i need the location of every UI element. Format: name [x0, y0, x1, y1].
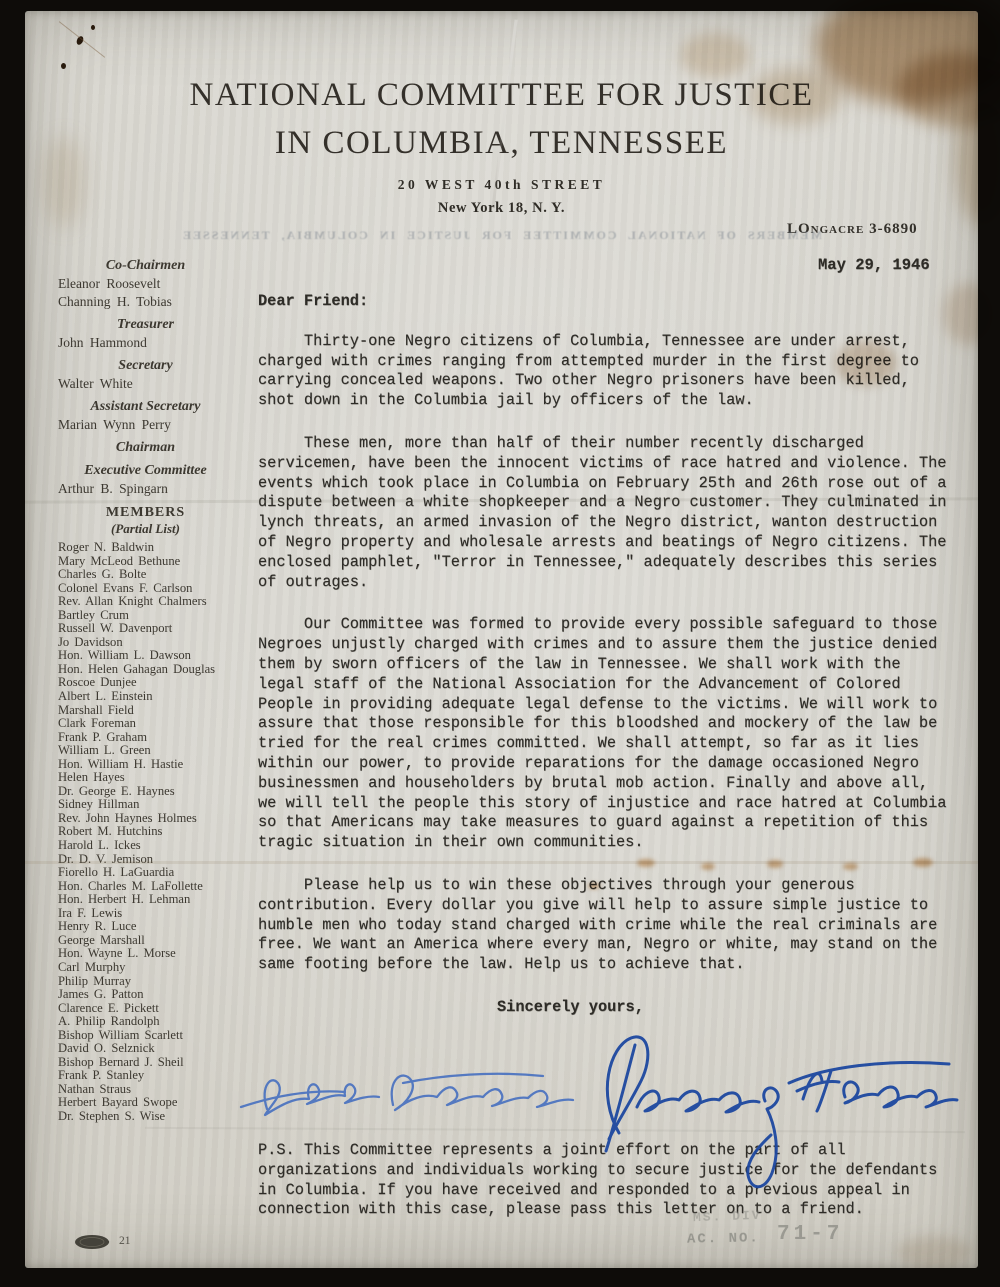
member-name: Sidney Hillman: [58, 798, 256, 812]
member-name: Dr. George E. Haynes: [58, 785, 256, 799]
officer-title: Assistant Secretary: [58, 398, 233, 416]
officer-group: TreasurerJohn Hammond: [58, 316, 256, 352]
member-name: Helen Hayes: [58, 771, 256, 785]
paper-crease-horizontal: [145, 1127, 965, 1133]
letter-body: Dear Friend: Thirty-one Negro citizens o…: [258, 292, 952, 1018]
letterhead-address-line1: 20 WEST 40th STREET: [25, 177, 978, 193]
crease-stain-dot: [588, 883, 600, 889]
member-name: Rev. John Haynes Holmes: [58, 812, 256, 826]
union-label-number: 21: [119, 1235, 131, 1247]
member-name: James G. Patton: [58, 988, 256, 1002]
archive-stamp-number: 71-7: [777, 1223, 843, 1246]
scratch-mark: [59, 21, 105, 57]
scanned-letter-page: { "letterhead": { "title_line1": "NATION…: [0, 0, 1000, 1287]
salutation: Dear Friend:: [258, 292, 952, 312]
member-name: Philip Murray: [58, 975, 256, 989]
member-name: Henry R. Luce: [58, 920, 256, 934]
officer-name: John Hammond: [58, 334, 256, 352]
member-name: Nathan Straus: [58, 1083, 256, 1097]
member-name: Clarence E. Pickett: [58, 1002, 256, 1016]
member-name: Robert M. Hutchins: [58, 825, 256, 839]
member-name: Hon. Charles M. LaFollette: [58, 880, 256, 894]
member-name: Carl Murphy: [58, 961, 256, 975]
crease-stain-dot: [637, 859, 655, 867]
officer-title: Co-Chairmen: [58, 257, 233, 275]
letter-date: May 29, 1946: [818, 256, 930, 274]
member-name: Bishop Bernard J. Sheil: [58, 1056, 256, 1070]
officer-title: Executive Committee: [58, 462, 233, 480]
stain-bottom-right: [897, 1236, 972, 1268]
bleed-through-ghost-text: MEMBERS OF NATIONAL COMMITTEE FOR JUSTIC…: [25, 228, 978, 243]
officer-group: Co-ChairmenEleanor RooseveltChanning H. …: [58, 257, 256, 311]
officer-group: Assistant SecretaryMarian Wynn Perry: [58, 398, 256, 434]
crease-stain-dot: [843, 863, 858, 870]
letterhead-address-line2: New York 18, N. Y.: [25, 200, 978, 217]
member-name: Roger N. Baldwin: [58, 541, 256, 555]
officer-group: SecretaryWalter White: [58, 357, 256, 393]
letterhead-title-line1: NATIONAL COMMITTEE FOR JUSTICE: [25, 77, 978, 114]
postscript: P.S. This Committee represents a joint e…: [258, 1141, 960, 1220]
officer-name: Channing H. Tobias: [58, 293, 256, 311]
member-name: Harold L. Ickes: [58, 839, 256, 853]
officer-groups: Co-ChairmenEleanor RooseveltChanning H. …: [58, 257, 256, 498]
member-name: Jo Davidson: [58, 636, 256, 650]
officer-title: Secretary: [58, 357, 233, 375]
member-name: George Marshall: [58, 934, 256, 948]
member-name: Hon. William L. Dawson: [58, 649, 256, 663]
member-name: Colonel Evans F. Carlson: [58, 582, 256, 596]
archive-stamp-line2: AC. NO.: [687, 1230, 760, 1247]
member-name: Roscoe Dunjee: [58, 676, 256, 690]
officer-group: ChairmanExecutive CommitteeArthur B. Spi…: [58, 439, 256, 498]
member-name: A. Philip Randolph: [58, 1015, 256, 1029]
archive-stamp-line1: MS. DIV: [693, 1208, 762, 1225]
officer-title: Treasurer: [58, 316, 233, 334]
member-name: Albert L. Einstein: [58, 690, 256, 704]
officer-name: Arthur B. Spingarn: [58, 480, 256, 498]
member-name: Clark Foreman: [58, 717, 256, 731]
member-name: Charles G. Bolte: [58, 568, 256, 582]
member-name: Mary McLeod Bethune: [58, 555, 256, 569]
member-name: Fiorello H. LaGuardia: [58, 866, 256, 880]
member-name: Bishop William Scarlett: [58, 1029, 256, 1043]
members-list: Roger N. BaldwinMary McLeod BethuneCharl…: [58, 541, 256, 1124]
letterhead-title-line2: IN COLUMBIA, TENNESSEE: [25, 125, 978, 162]
member-name: Dr. Stephen S. Wise: [58, 1110, 256, 1124]
members-subheading: (Partial List): [58, 521, 233, 537]
member-name: Ira F. Lewis: [58, 907, 256, 921]
letter-paragraph: Our Committee was formed to provide ever…: [258, 615, 952, 853]
member-name: Hon. Herbert H. Lehman: [58, 893, 256, 907]
member-name: Rev. Allan Knight Chalmers: [58, 595, 256, 609]
letter-paragraph: Please help us to win these objectives t…: [258, 876, 952, 975]
member-name: Marshall Field: [58, 704, 256, 718]
union-printing-label-icon: [73, 1233, 113, 1251]
officer-name: Walter White: [58, 375, 256, 393]
member-name: William L. Green: [58, 744, 256, 758]
member-name: Hon. Wayne L. Morse: [58, 947, 256, 961]
member-name: Frank P. Graham: [58, 731, 256, 745]
stain-top-center: [680, 33, 750, 78]
member-name: Hon. William H. Hastie: [58, 758, 256, 772]
member-name: Russell W. Davenport: [58, 622, 256, 636]
letter-paragraph: Thirty-one Negro citizens of Columbia, T…: [258, 332, 952, 411]
members-heading: MEMBERS: [58, 505, 233, 521]
member-name: Herbert Bayard Swope: [58, 1096, 256, 1110]
paragraphs: Thirty-one Negro citizens of Columbia, T…: [258, 332, 952, 975]
officer-name: Marian Wynn Perry: [58, 416, 256, 434]
member-name: Dr. D. V. Jemison: [58, 853, 256, 867]
closing-line: Sincerely yours,: [497, 998, 952, 1018]
sidebar-committee-roster: Co-ChairmenEleanor RooseveltChanning H. …: [58, 252, 256, 1124]
crease-stain-dot: [913, 858, 933, 867]
signature-eleanor-roosevelt: [241, 1074, 573, 1115]
member-name: Bartley Crum: [58, 609, 256, 623]
officer-title: Chairman: [58, 439, 233, 457]
member-name: Hon. Helen Gahagan Douglas: [58, 663, 256, 677]
officer-name: Eleanor Roosevelt: [58, 275, 256, 293]
staple-hole-speck: [61, 63, 66, 69]
member-name: David O. Selznick: [58, 1042, 256, 1056]
letter-paper: NATIONAL COMMITTEE FOR JUSTICE IN COLUMB…: [25, 11, 978, 1268]
letter-paragraph: These men, more than half of their numbe…: [258, 434, 952, 592]
staple-hole-speck: [91, 25, 95, 30]
member-name: Frank P. Stanley: [58, 1069, 256, 1083]
crease-stain-dot: [701, 863, 715, 870]
crease-stain-dot: [767, 860, 783, 868]
